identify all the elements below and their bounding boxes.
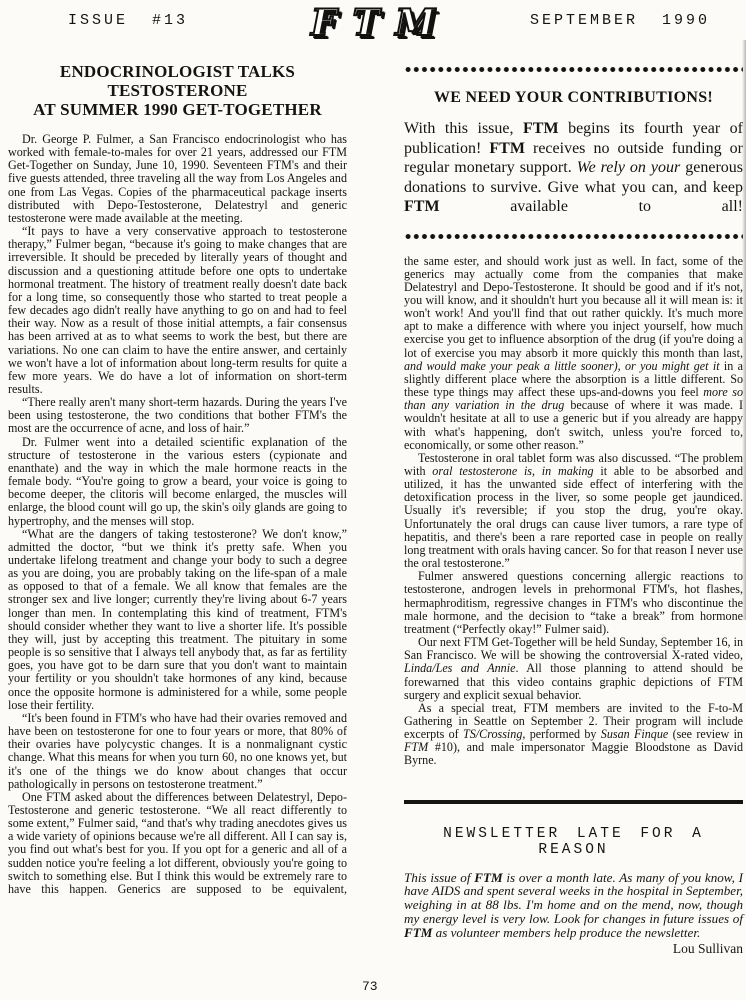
text-run: FTM — [523, 120, 559, 137]
logo-letter-t: T — [352, 3, 379, 43]
text-run: We rely on your — [577, 159, 681, 176]
paragraph: “There really aren't many short-term haz… — [8, 396, 347, 435]
text-run: Susan Finque — [601, 727, 668, 741]
dotted-border-bottom — [404, 233, 743, 240]
text-run: FTM — [404, 740, 428, 754]
text-run: available to all! — [440, 198, 743, 215]
text-run: FTM — [404, 198, 440, 215]
text-run: With this issue, — [404, 120, 523, 137]
text-run: (see review in — [668, 727, 743, 741]
text-run: the same ester, and should work just as … — [404, 254, 743, 360]
text-run: Linda/Les and Annie — [404, 661, 515, 675]
text-run: “It's been found in FTM's who have had t… — [8, 711, 347, 791]
text-run: as volunteer members help produce the ne… — [432, 925, 700, 940]
paragraph: Testosterone in oral tablet form was als… — [404, 452, 743, 570]
article-body-right: the same ester, and should work just as … — [404, 255, 743, 768]
ftm-logo: FTM — [303, 3, 443, 43]
paragraph: the same ester, and should work just as … — [404, 255, 743, 452]
paragraph: One FTM asked about the differences betw… — [8, 791, 347, 896]
section-divider-rule — [404, 800, 743, 804]
text-run: FTM — [489, 140, 525, 157]
paragraph: Dr. Fulmer went into a detailed scientif… — [8, 436, 347, 528]
logo-letter-f: F — [311, 3, 337, 43]
text-run: #10), and male impersonator Maggie Blood… — [404, 740, 743, 767]
paragraph: Dr. George P. Fulmer, a San Francisco en… — [8, 133, 347, 225]
paragraph: “What are the dangers of taking testoste… — [8, 528, 347, 712]
issue-date: SEPTEMBER 1990 — [530, 12, 710, 29]
article-title-line1: ENDOCRINOLOGIST TALKS TESTOSTERONE — [60, 62, 295, 100]
paragraph: “It's been found in FTM's who have had t… — [8, 712, 347, 791]
paragraph: Fulmer answered questions concerning all… — [404, 570, 743, 636]
text-run: FTM — [404, 925, 432, 940]
text-run: , performed by — [522, 727, 600, 741]
text-run: Dr. Fulmer went into a detailed scientif… — [8, 435, 347, 528]
article-title-line2: AT SUMMER 1990 GET-TOGETHER — [33, 100, 322, 119]
left-column: ENDOCRINOLOGIST TALKS TESTOSTERONE AT SU… — [8, 62, 347, 896]
right-column: WE NEED YOUR CONTRIBUTIONS! With this is… — [404, 66, 743, 957]
text-run: Our next FTM Get-Together will be held S… — [404, 635, 743, 662]
text-run: oral testosterone is, in making — [432, 464, 593, 478]
text-run: it able to be absorbed and utilized, it … — [404, 464, 743, 570]
dotted-border-top — [404, 66, 743, 73]
text-run: Dr. George P. Fulmer, a San Francisco en… — [8, 132, 347, 225]
text-run: “There really aren't many short-term haz… — [8, 395, 347, 435]
page-number: 73 — [362, 979, 378, 994]
late-notice-body: This issue of FTM is over a month late. … — [404, 871, 743, 940]
newsletter-page: ISSUE #13 FTM SEPTEMBER 1990 ENDOCRINOLO… — [0, 0, 746, 1000]
contributions-title: WE NEED YOUR CONTRIBUTIONS! — [404, 89, 743, 107]
signature: Lou Sullivan — [404, 941, 743, 957]
paragraph: As a special treat, FTM members are invi… — [404, 702, 743, 768]
text-run: One FTM asked about the differences betw… — [8, 790, 347, 896]
text-run: Fulmer answered questions concerning all… — [404, 569, 743, 636]
text-run: and would make your peak a little sooner… — [404, 359, 720, 373]
issue-number: ISSUE #13 — [68, 12, 188, 29]
text-run: “It pays to have a very conservative app… — [8, 224, 347, 396]
paragraph: Our next FTM Get-Together will be held S… — [404, 636, 743, 702]
article-title: ENDOCRINOLOGIST TALKS TESTOSTERONE AT SU… — [8, 62, 347, 119]
contributions-box: WE NEED YOUR CONTRIBUTIONS! With this is… — [404, 66, 743, 240]
paragraph: “It pays to have a very conservative app… — [8, 225, 347, 396]
text-run: This issue of — [404, 870, 474, 885]
logo-letter-m: M — [395, 3, 435, 43]
text-run: FTM — [474, 870, 502, 885]
text-run: “What are the dangers of taking testoste… — [8, 527, 347, 712]
article-body-left: Dr. George P. Fulmer, a San Francisco en… — [8, 133, 347, 896]
text-run: TS/Crossing — [463, 727, 522, 741]
late-notice-title: NEWSLETTER LATE FOR A REASON — [404, 826, 743, 858]
contributions-body: With this issue, FTM begins its fourth y… — [404, 119, 743, 217]
